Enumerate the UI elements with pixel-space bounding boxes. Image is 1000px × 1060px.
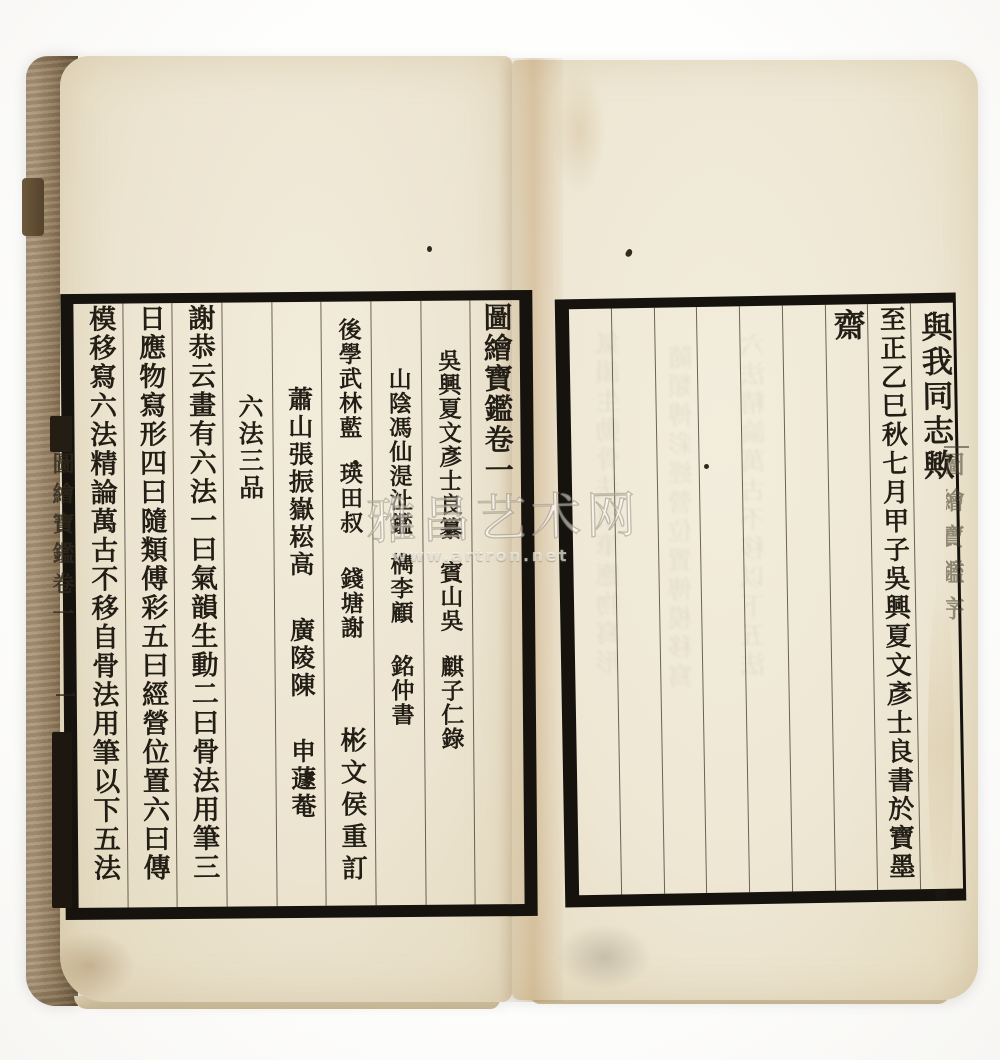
wormhole-speck [704, 464, 709, 469]
text-block: 圖繪寶鑑卷一 [479, 302, 515, 485]
left-text-frame: 圖繪寶鑑卷一 吳興夏文彥士良纂賓山吳麒子仁錄 山陰馮仙湜沚鑑檇李顧銘仲書 後學武… [60, 290, 537, 920]
text-block: 廣陵陳 [286, 616, 316, 699]
column-body-text: 日應物寫形四曰隨類傅彩五曰經營位置六曰傳 [122, 303, 177, 907]
text-block: 模移寫六法精論萬古不移自骨法用筆以下五法 [84, 305, 120, 883]
text-block: 山陰馮仙湜沚鑑 [385, 367, 413, 537]
text-block: 錢塘謝 [337, 566, 365, 640]
paper-stain [44, 932, 136, 1000]
text-block: 蕭山張振嶽崧高 [284, 386, 315, 579]
text-block: 六法三品 [235, 393, 265, 501]
spine-binding-tab [22, 178, 44, 236]
text-block: 吳興夏文彥士良纂 [434, 349, 463, 541]
paper-stain [928, 580, 954, 910]
text-block: 彬文侯重訂 [336, 726, 367, 886]
column-reviewers: 蕭山張振嶽崧高廣陵陳申蘧菴 [271, 302, 326, 906]
wormhole-speck [427, 246, 432, 252]
column-compiler: 吳興夏文彥士良纂賓山吳麒子仁錄 [420, 300, 475, 904]
column-title: 圖繪寶鑑卷一 [470, 300, 525, 904]
column-collator: 山陰馮仙湜沚鑑檇李顧銘仲書 [370, 301, 425, 905]
text-block: 賓山吳 [436, 561, 464, 633]
text-block: 銘仲書 [387, 654, 415, 727]
text-block: 後學武林藍 [334, 317, 362, 440]
text-block: 瑛田叔 [336, 461, 364, 535]
column-body-text: 模移寫六法精論萬古不移自骨法用筆以下五法 [73, 304, 127, 908]
column-section-heading: 六法三品 [221, 302, 276, 906]
spine-edge-title: 圖繪寶鑑卷一 [52, 452, 78, 652]
paper-stain [552, 68, 606, 194]
spine-edge-page-number: 一 [56, 684, 80, 724]
text-block: 齋 [828, 308, 867, 341]
fold-edge-rule [944, 446, 969, 448]
paper-stain [556, 924, 652, 990]
text-block: 麒子仁錄 [437, 655, 465, 751]
banxin-black-bar-top [50, 416, 72, 452]
book-photo: 圖繪寶鑑卷一 一 圖繪寶鑑序 氣韻生動骨法用筆應物寫形 隨類傅彩經營位置傳模移寫… [0, 0, 1000, 1060]
text-block: 申蘧菴 [287, 738, 317, 821]
column-editors: 後學武林藍瑛田叔錢塘謝彬文侯重訂 [321, 301, 376, 905]
banxin-black-bar-bottom [52, 732, 72, 908]
text-block: 日應物寫形四曰隨類傅彩五曰經營位置六曰傳 [134, 304, 170, 882]
text-block: 至正乙巳秋七月甲子吳興夏文彥士良書於寶墨 [875, 305, 915, 881]
text-block: 檇李顧 [386, 552, 414, 625]
right-text-frame: 與我同志歟 至正乙巳秋七月甲子吳興夏文彥士良書於寶墨 齋 [555, 293, 967, 908]
column-body-text: 謝恭云畫有六法一曰氣韻生動二曰骨法用筆三 [172, 303, 227, 907]
ink-dot [353, 460, 358, 465]
text-block: 謝恭云畫有六法一曰氣韻生動二曰骨法用筆三 [183, 304, 219, 882]
